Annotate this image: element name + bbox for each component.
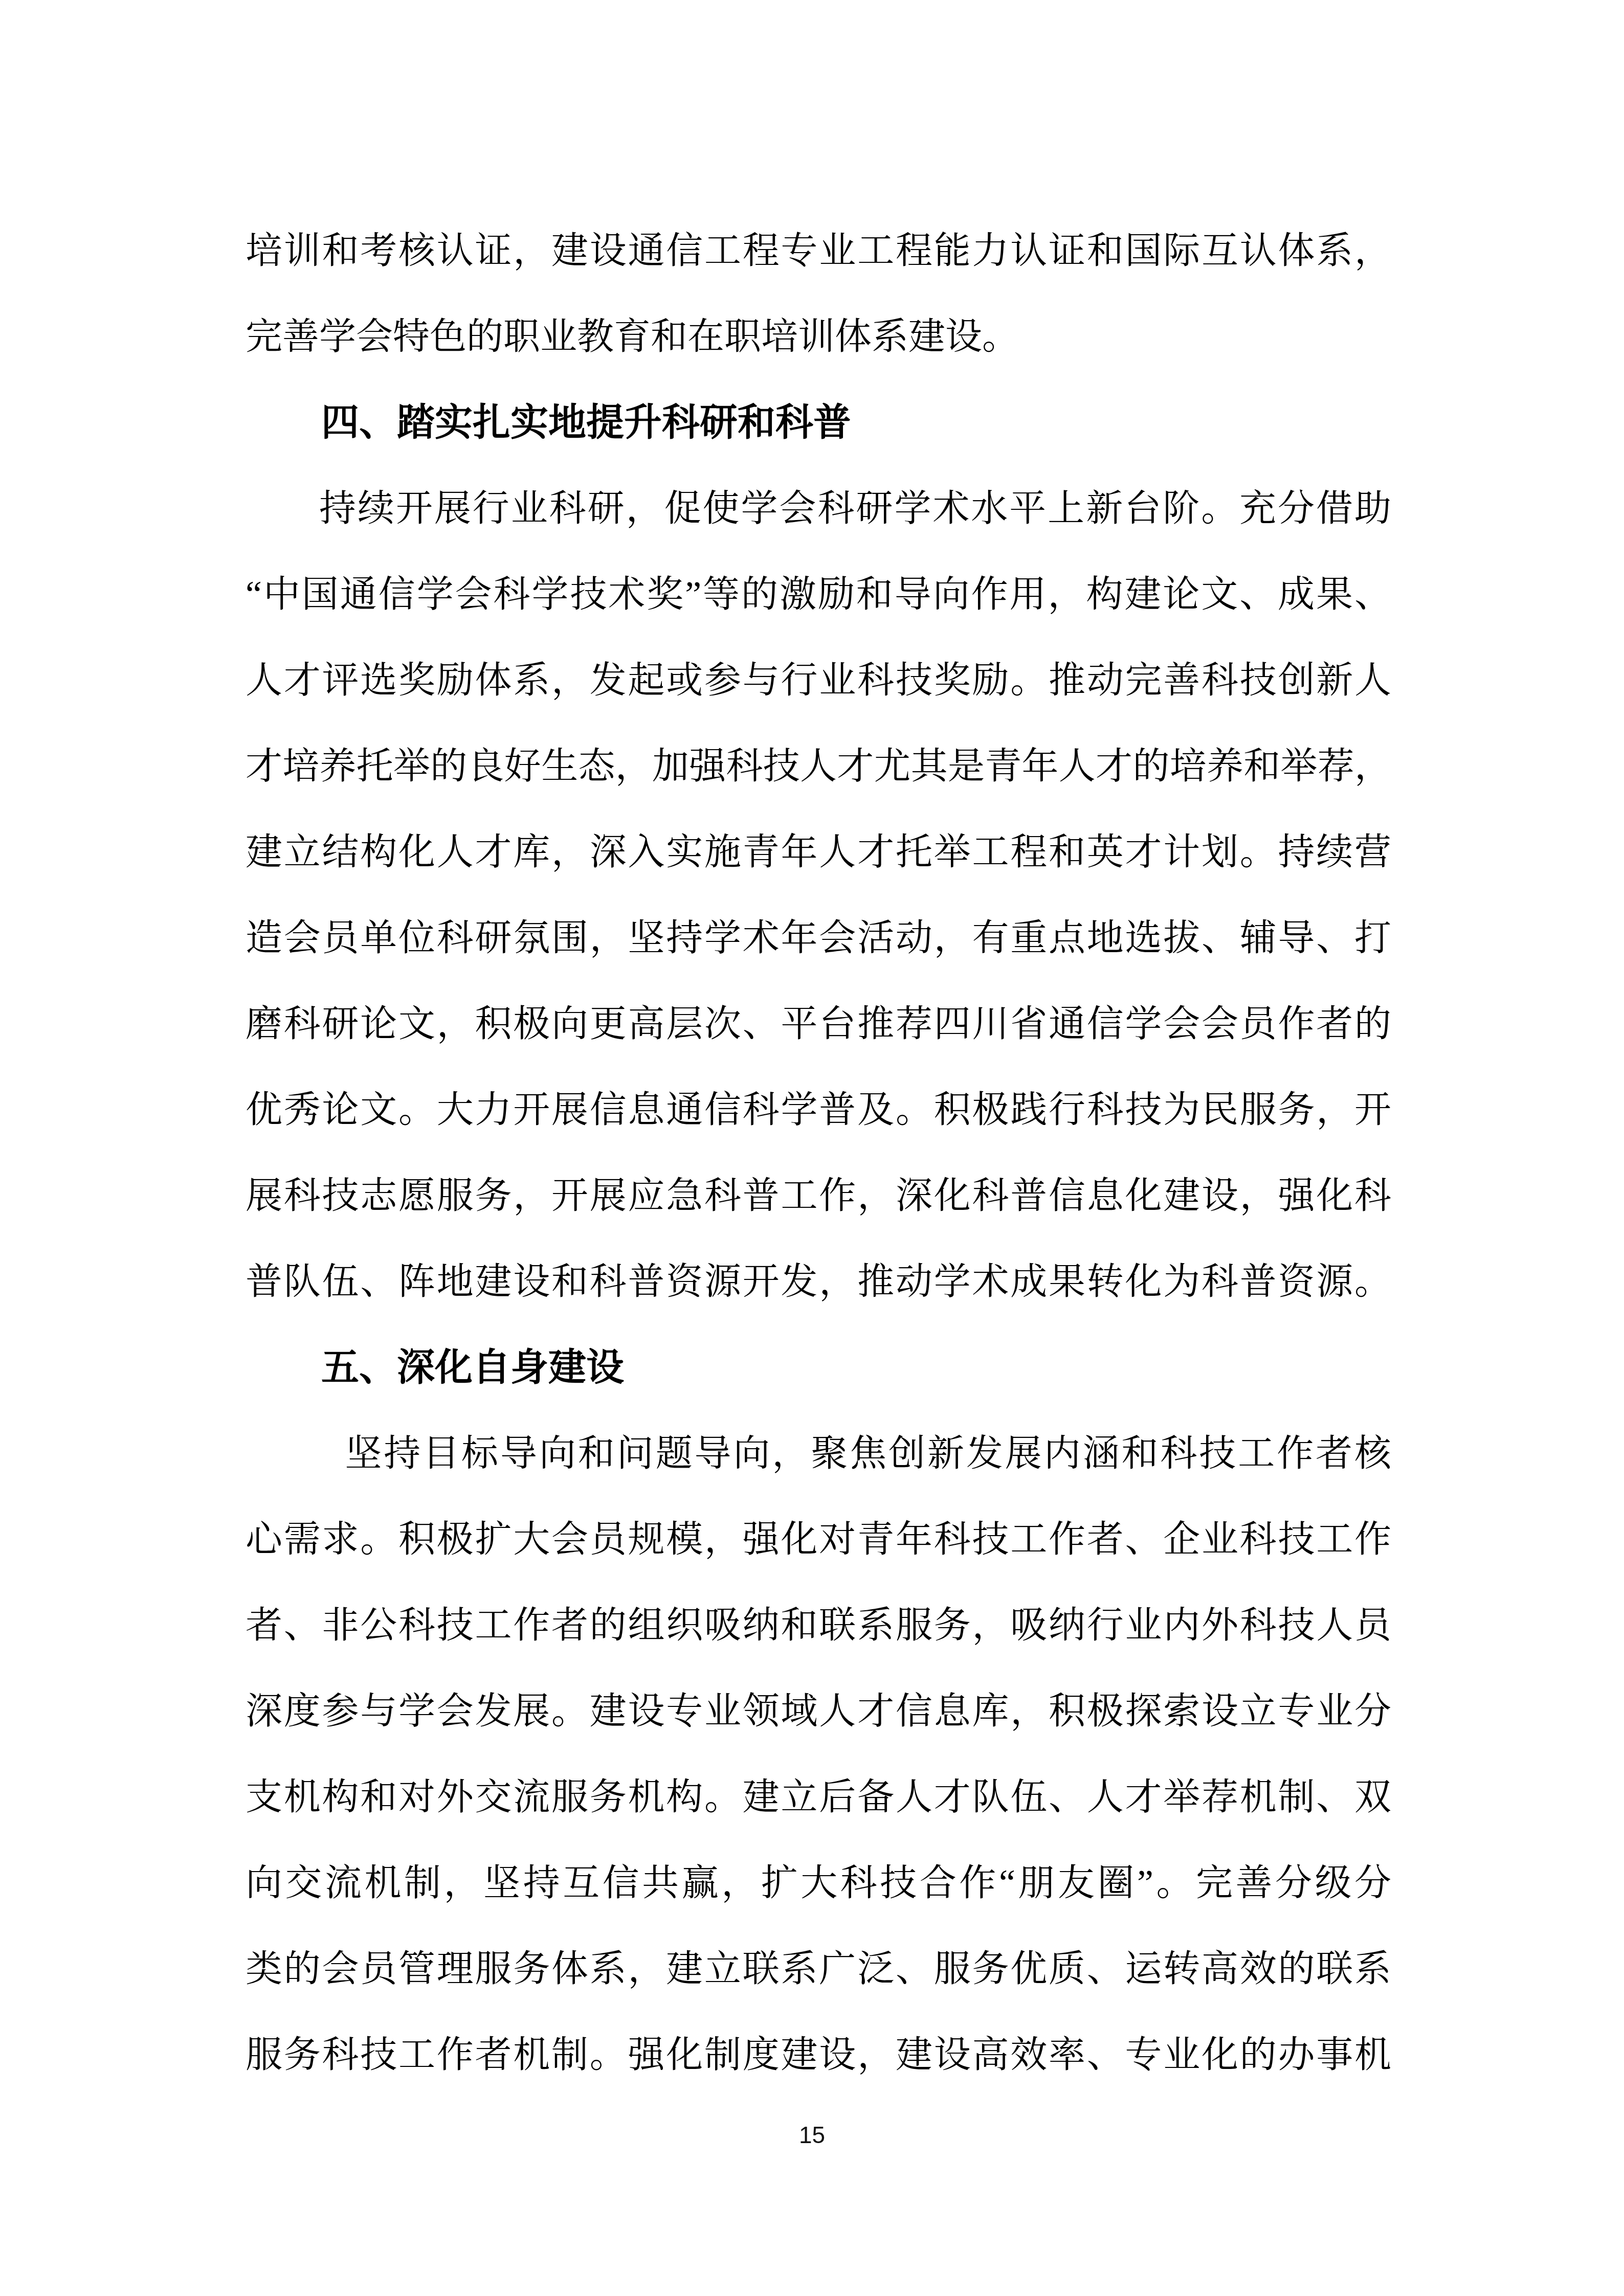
text-line: 培训和考核认证，建设通信工程专业工程能力认证和国际互认体系， — [246, 208, 1391, 294]
text-line: 心需求。积极扩大会员规模，强化对青年科技工作者、企业科技工作 — [246, 1496, 1391, 1582]
text-line: 才培养托举的良好生态，加强科技人才尤其是青年人才的培养和举荐， — [246, 723, 1391, 809]
text-line: 深度参与学会发展。建设专业领域人才信息库，积极探索设立专业分 — [246, 1668, 1391, 1754]
text-line: 者、非公科技工作者的组织吸纳和联系服务，吸纳行业内外科技人员 — [246, 1582, 1391, 1668]
text-line: 服务科技工作者机制。强化制度建设，建设高效率、专业化的办事机 — [246, 2012, 1391, 2098]
text-line: “中国通信学会科学技术奖”等的激励和导向作用，构建论文、成果、 — [246, 551, 1391, 637]
text-line: 普队伍、阵地建设和科普资源开发，推动学术成果转化为科普资源。 — [246, 1239, 1391, 1324]
page-number: 15 — [799, 2122, 825, 2148]
text-line: 优秀论文。大力开展信息通信科学普及。积极践行科技为民服务，开 — [246, 1067, 1391, 1153]
page-footer: 15 — [0, 2121, 1624, 2149]
document-page: 培训和考核认证，建设通信工程专业工程能力认证和国际互认体系，完善学会特色的职业教… — [0, 0, 1624, 2296]
document-body: 培训和考核认证，建设通信工程专业工程能力认证和国际互认体系，完善学会特色的职业教… — [246, 208, 1391, 2098]
text-line: 持续开展行业科研，促使学会科研学术水平上新台阶。充分借助 — [246, 465, 1391, 551]
text-line: 磨科研论文，积极向更高层次、平台推荐四川省通信学会会员作者的 — [246, 981, 1391, 1067]
text-line: 支机构和对外交流服务机构。建立后备人才队伍、人才举荐机制、双 — [246, 1754, 1391, 1840]
text-line: 向交流机制，坚持互信共赢，扩大科技合作“朋友圈”。完善分级分 — [246, 1840, 1391, 1926]
section-heading: 四、踏实扎实地提升科研和科普 — [246, 379, 1391, 465]
text-line: 造会员单位科研氛围，坚持学术年会活动，有重点地选拔、辅导、打 — [246, 895, 1391, 981]
section-heading: 五、深化自身建设 — [246, 1324, 1391, 1410]
text-line: 人才评选奖励体系，发起或参与行业科技奖励。推动完善科技创新人 — [246, 637, 1391, 723]
text-line: 展科技志愿服务，开展应急科普工作，深化科普信息化建设，强化科 — [246, 1153, 1391, 1239]
text-line: 坚持目标导向和问题导向，聚焦创新发展内涵和科技工作者核 — [246, 1410, 1391, 1496]
text-line: 类的会员管理服务体系，建立联系广泛、服务优质、运转高效的联系 — [246, 1926, 1391, 2012]
text-line: 完善学会特色的职业教育和在职培训体系建设。 — [246, 294, 1391, 379]
text-line: 建立结构化人才库，深入实施青年人才托举工程和英才计划。持续营 — [246, 809, 1391, 895]
